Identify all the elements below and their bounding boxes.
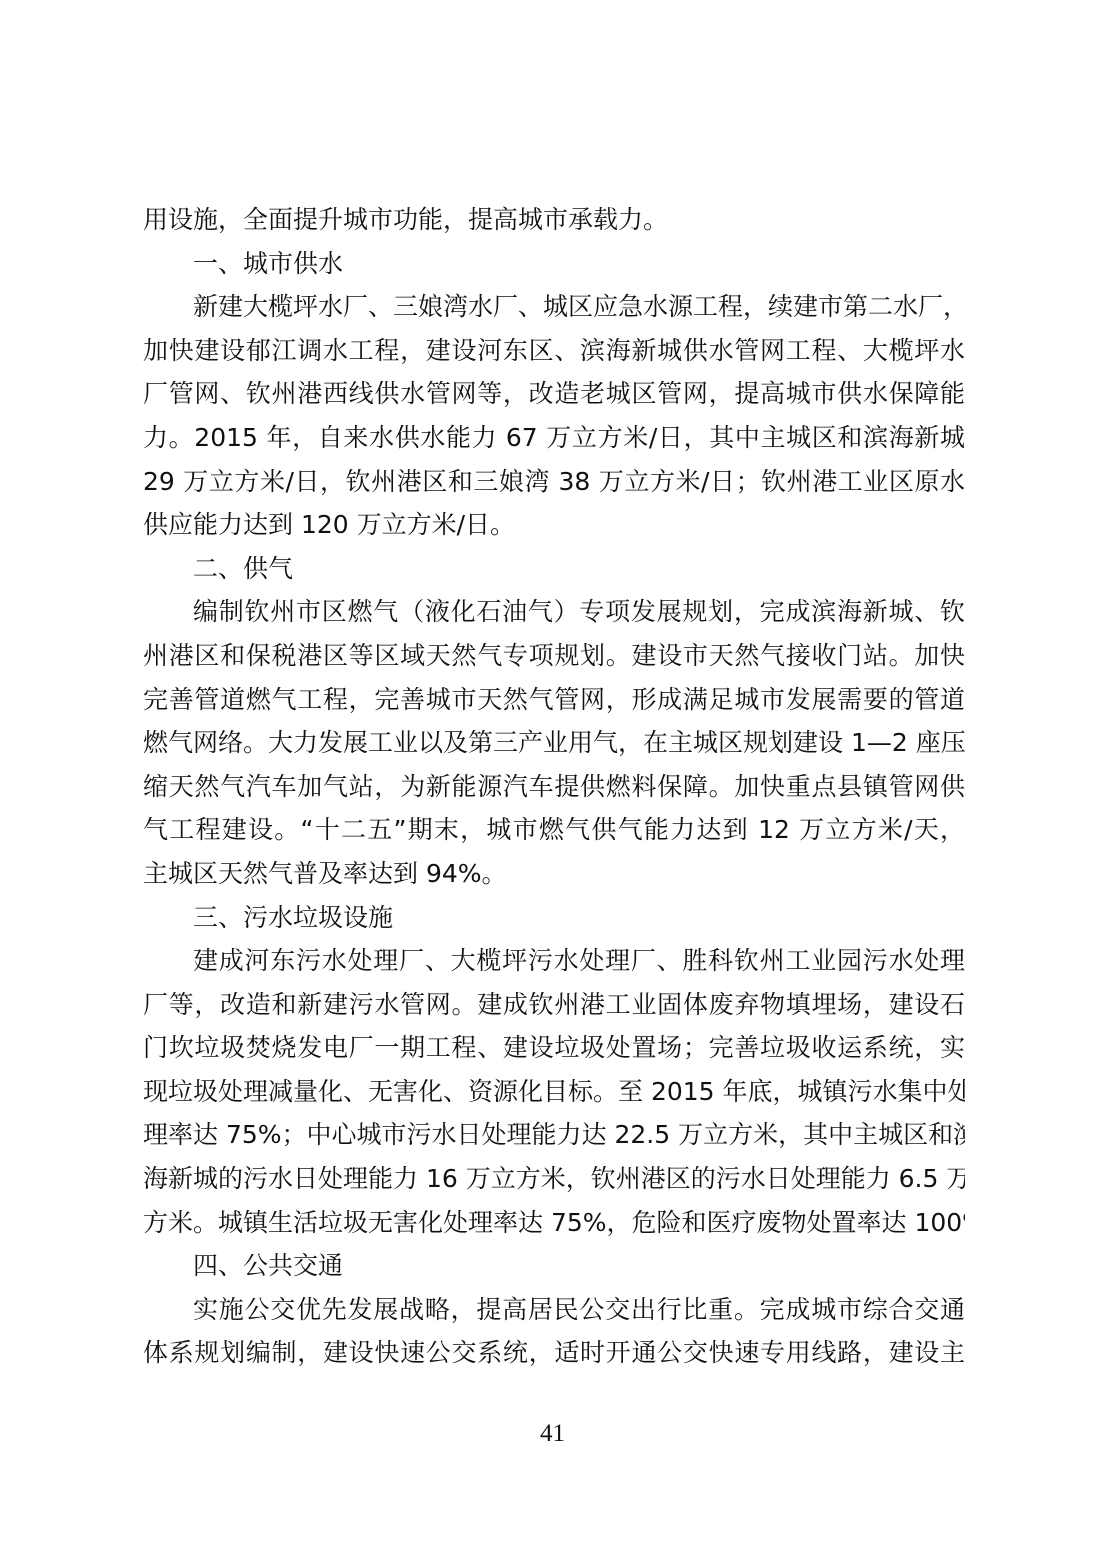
page-number: 41: [0, 1420, 1105, 1448]
text-line: 加快建设郁江调水工程，建设河东区、滨海新城供水管网工程、大榄坪水: [143, 329, 965, 373]
text-line: 州港区和保税港区等区域天然气专项规划。建设市天然气接收门站。加快: [143, 634, 965, 678]
text-line: 气工程建设。“十二五”期末，城市燃气供气能力达到 12 万立方米/天，: [143, 808, 965, 852]
body-text: 用设施，全面提升城市功能，提高城市承载力。一、城市供水新建大榄坪水厂、三娘湾水厂…: [143, 198, 965, 1375]
text-line: 编制钦州市区燃气（液化石油气）专项发展规划，完成滨海新城、钦: [143, 590, 965, 634]
text-line: 方米。城镇生活垃圾无害化处理率达 75%，危险和医疗废物处置率达 100%。: [143, 1201, 965, 1245]
section-heading: 二、供气: [143, 547, 965, 591]
text-line: 燃气网络。大力发展工业以及第三产业用气，在主城区规划建设 1—2 座压: [143, 721, 965, 765]
text-line: 完善管道燃气工程，完善城市天然气管网，形成满足城市发展需要的管道: [143, 678, 965, 722]
text-line: 理率达 75%；中心城市污水日处理能力达 22.5 万立方米，其中主城区和滨: [143, 1113, 965, 1157]
text-line: 新建大榄坪水厂、三娘湾水厂、城区应急水源工程，续建市第二水厂，: [143, 285, 965, 329]
document-page: 用设施，全面提升城市功能，提高城市承载力。一、城市供水新建大榄坪水厂、三娘湾水厂…: [0, 0, 1105, 1550]
text-line: 29 万立方米/日，钦州港区和三娘湾 38 万立方米/日；钦州港工业区原水: [143, 460, 965, 504]
text-line: 主城区天然气普及率达到 94%。: [143, 852, 965, 896]
text-line: 缩天然气汽车加气站，为新能源汽车提供燃料保障。加快重点县镇管网供: [143, 765, 965, 809]
text-line: 门坎垃圾焚烧发电厂一期工程、建设垃圾处置场；完善垃圾收运系统，实: [143, 1026, 965, 1070]
text-line: 厂管网、钦州港西线供水管网等，改造老城区管网，提高城市供水保障能: [143, 372, 965, 416]
text-line: 体系规划编制，建设快速公交系统，适时开通公交快速专用线路，建设主: [143, 1331, 965, 1375]
text-line: 建成河东污水处理厂、大榄坪污水处理厂、胜科钦州工业园污水处理: [143, 939, 965, 983]
text-line: 海新城的污水日处理能力 16 万立方米，钦州港区的污水日处理能力 6.5 万立: [143, 1157, 965, 1201]
text-line: 力。2015 年，自来水供水能力 67 万立方米/日，其中主城区和滨海新城: [143, 416, 965, 460]
text-line: 现垃圾处理减量化、无害化、资源化目标。至 2015 年底，城镇污水集中处: [143, 1070, 965, 1114]
section-heading: 四、公共交通: [143, 1244, 965, 1288]
text-line: 供应能力达到 120 万立方米/日。: [143, 503, 965, 547]
section-heading: 三、污水垃圾设施: [143, 896, 965, 940]
text-line: 实施公交优先发展战略，提高居民公交出行比重。完成城市综合交通: [143, 1288, 965, 1332]
text-line: 用设施，全面提升城市功能，提高城市承载力。: [143, 198, 965, 242]
section-heading: 一、城市供水: [143, 242, 965, 286]
text-line: 厂等，改造和新建污水管网。建成钦州港工业固体废弃物填埋场，建设石: [143, 983, 965, 1027]
